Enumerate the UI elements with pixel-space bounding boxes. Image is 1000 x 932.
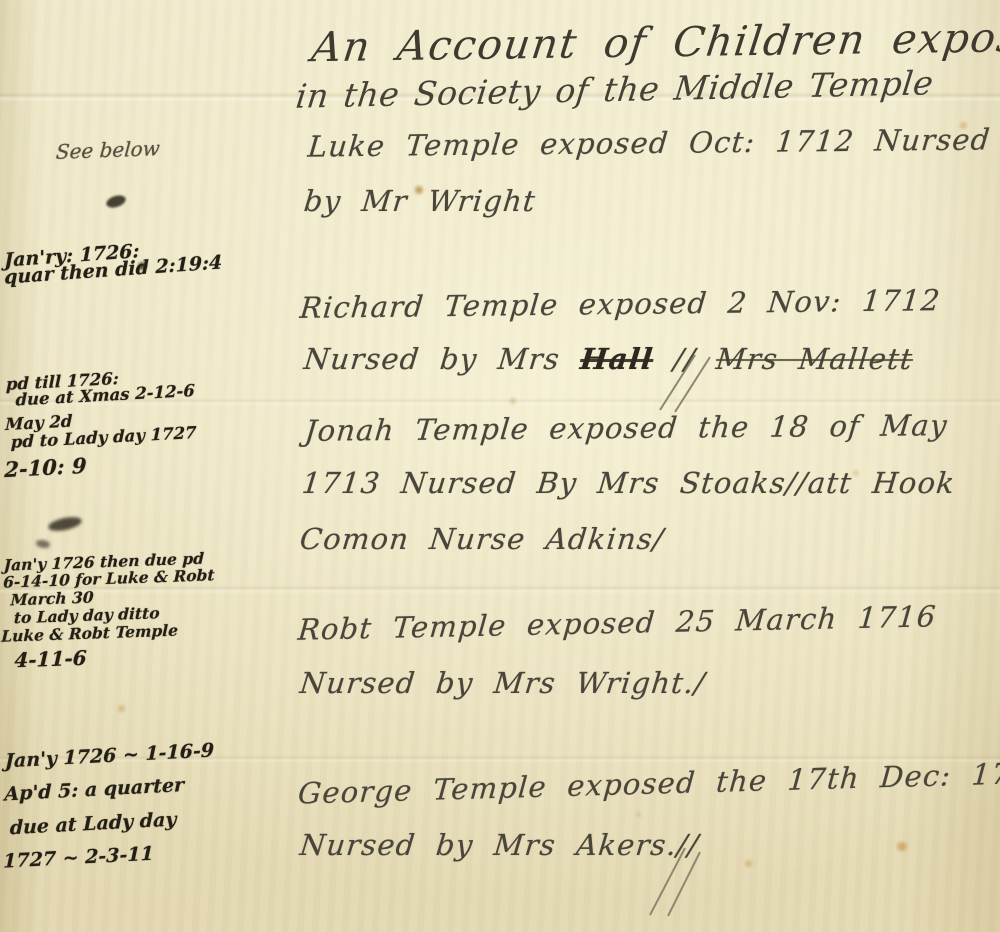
foxing-spot bbox=[745, 860, 752, 867]
entry-jonah-line2: 1713 Nursed By Mrs Stoaks//att Hook bbox=[300, 466, 957, 500]
entry-jonah-line3: Comon Nurse Adkins/ bbox=[298, 522, 666, 556]
entry-richard-nurse-struck: Hall bbox=[579, 342, 656, 376]
entry-george-line2: Nursed by Mrs Akers.// bbox=[298, 828, 701, 862]
manuscript-page: An Account of Children expos'd in the So… bbox=[0, 0, 1000, 932]
margin-note-1: Jan'ry: 1726: quar then did 2:19:4 bbox=[4, 235, 222, 288]
document-title-line2: in the Society of the Middle Temple bbox=[294, 63, 936, 115]
margin-note-2: pd till 1726: due at Xmas 2-12-6 May 2d … bbox=[4, 363, 198, 485]
foxing-spot bbox=[897, 842, 907, 851]
margin-note-3: Jan'y 1726 then due pd 6-14-10 for Luke … bbox=[0, 548, 216, 674]
document-title-line1: An Account of Children expos'd bbox=[309, 13, 1000, 72]
entry-luke-line2: by Mr Wright bbox=[302, 184, 537, 218]
foxing-spot bbox=[118, 705, 125, 712]
entry-george-line1: George Temple exposed the 17th Dec: 1718 bbox=[297, 755, 1000, 810]
entry-richard-line1: Richard Temple exposed 2 Nov: 1712 bbox=[298, 283, 942, 325]
entry-richard-line2-pre: Nursed by Mrs bbox=[302, 342, 582, 376]
entry-robert-line2: Nursed by Mrs Wright./ bbox=[298, 666, 707, 700]
margin-note-see-below: See below bbox=[55, 136, 161, 164]
ink-blot bbox=[105, 193, 127, 210]
foxing-spot bbox=[510, 398, 516, 404]
entry-richard-line2-mid: // bbox=[652, 342, 718, 376]
entry-robert-line1: Robt Temple exposed 25 March 1716 bbox=[297, 599, 938, 646]
entry-richard-line2: Nursed by Mrs Hall // Mrs Mallett bbox=[302, 342, 915, 376]
ink-blot bbox=[35, 539, 50, 549]
entry-richard-nurse-replacement: Mrs Mallett bbox=[714, 342, 914, 376]
entry-luke-line1: Luke Temple exposed Oct: 1712 Nursed bbox=[306, 122, 992, 163]
margin-note-4: Jan'y 1726 ~ 1-16-9 Ap'd 5: a quarter du… bbox=[3, 734, 214, 878]
entry-jonah-line1: Jonah Temple exposed the 18 of May bbox=[303, 408, 949, 448]
ink-blot bbox=[47, 515, 83, 534]
foxing-spot bbox=[636, 812, 641, 817]
